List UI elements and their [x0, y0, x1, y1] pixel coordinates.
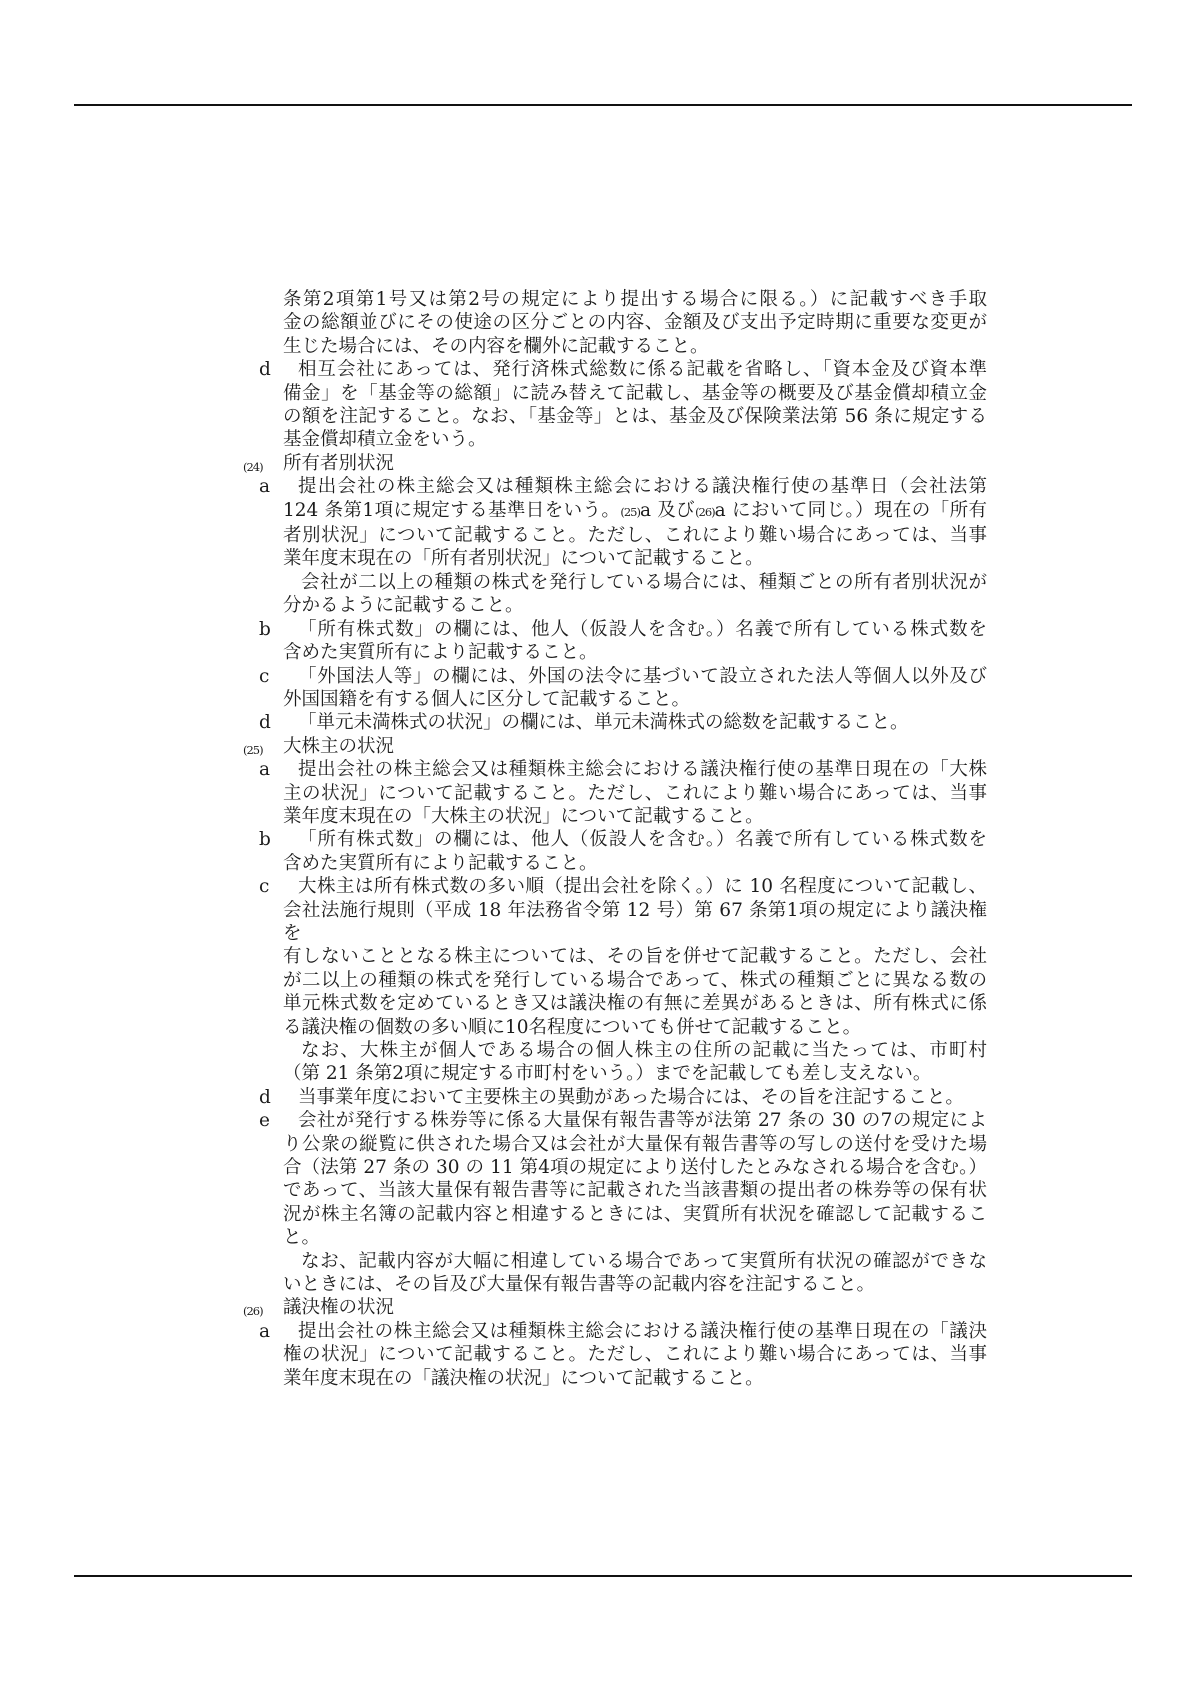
item-marker: c — [259, 875, 269, 898]
line-text: a 及び — [640, 500, 695, 521]
text-line: 会社が二以上の種類の株式を発行している場合には、種類ごとの所有者別状況が — [243, 571, 987, 594]
item-marker: e — [259, 1109, 270, 1132]
line-text: 124 条第1項に規定する基準日をいう。 — [283, 500, 620, 521]
line-text: いときには、その旨及び大量保有報告書等の記載内容を注記すること。 — [283, 1274, 875, 1295]
line-text: 「外国法人等」の欄には、外国の法令に基づいて設立された法人等個人以外及び — [298, 666, 987, 687]
line-text: る議決権の個数の多い順に10名程度についても併せて記載すること。 — [283, 1017, 861, 1038]
text-line: と。 — [243, 1226, 987, 1249]
text-line: 含めた実質所有により記載すること。 — [243, 641, 987, 664]
line-text: 会社が二以上の種類の株式を発行している場合には、種類ごとの所有者別状況が — [301, 572, 987, 593]
line-text: 況が株主名簿の記載内容と相違するときには、実質所有状況を確認して記載するこ — [283, 1204, 987, 1225]
line-text: 者別状況」について記載すること。ただし、これにより難い場合にあっては、当事 — [283, 525, 987, 546]
line-text: 業年度末現在の「所有者別状況」について記載すること。 — [283, 548, 764, 569]
text-line: が二以上の種類の株式を発行している場合であって、株式の種類ごとに異なる数の — [243, 969, 987, 992]
line-text: 主の状況」について記載すること。ただし、これにより難い場合にあっては、当事 — [283, 783, 987, 804]
line-text: が二以上の種類の株式を発行している場合であって、株式の種類ごとに異なる数の — [283, 970, 987, 991]
line-text: 金の総額並びにその使途の区分ごとの内容、金額及び支出予定時期に重要な変更が — [283, 312, 987, 333]
text-line: c「外国法人等」の欄には、外国の法令に基づいて設立された法人等個人以外及び — [243, 665, 987, 688]
line-text: a において同じ。）現在の「所有 — [715, 500, 987, 521]
text-line: d当事業年度において主要株主の異動があった場合には、その旨を注記すること。 — [243, 1086, 987, 1109]
line-text: 分かるように記載すること。 — [283, 595, 524, 616]
item-marker: a — [259, 475, 270, 498]
line-text: 「所有株式数」の欄には、他人（仮設人を含む。）名義で所有している株式数を — [298, 619, 987, 640]
line-text: 生じた場合には、その内容を欄外に記載すること。 — [283, 336, 709, 357]
item-marker: b — [259, 618, 271, 641]
section-title: 大株主の状況 — [283, 736, 394, 757]
text-line: 合（法第 27 条の 30 の 11 第4項の規定により送付したとみなされる場合… — [243, 1156, 987, 1179]
line-text: 合（法第 27 条の 30 の 11 第4項の規定により送付したとみなされる場合… — [283, 1157, 987, 1178]
line-text: 含めた実質所有により記載すること。 — [283, 853, 598, 874]
text-line: 外国国籍を有する個人に区分して記載すること。 — [243, 688, 987, 711]
line-text: 提出会社の株主総会又は種類株主総会における議決権行使の基準日現在の「議決 — [298, 1321, 987, 1342]
text-line: いときには、その旨及び大量保有報告書等の記載内容を注記すること。 — [243, 1273, 987, 1296]
bottom-rule — [74, 1575, 1132, 1577]
text-line: 124 条第1項に規定する基準日をいう。(25)a 及び(26)a において同じ… — [243, 499, 987, 524]
text-line: a提出会社の株主総会又は種類株主総会における議決権行使の基準日現在の「議決 — [243, 1320, 987, 1343]
item-marker: d — [259, 1086, 271, 1109]
text-line: a提出会社の株主総会又は種類株主総会における議決権行使の基準日（会社法第 — [243, 475, 987, 498]
text-line: 業年度末現在の「議決権の状況」について記載すること。 — [243, 1367, 987, 1390]
text-line: の額を注記すること。なお、「基金等」とは、基金及び保険業法第 56 条に規定する — [243, 405, 987, 428]
line-text: 会社が発行する株券等に係る大量保有報告書等が法第 27 条の 30 の7の規定に… — [298, 1110, 987, 1131]
item-marker: d — [259, 711, 271, 734]
text-line: 業年度末現在の「大株主の状況」について記載すること。 — [243, 805, 987, 828]
text-line: 有しないこととなる株主については、その旨を併せて記載すること。ただし、会社 — [243, 945, 987, 968]
top-rule — [74, 104, 1132, 106]
line-text: であって、当該大量保有報告書等に記載された当該書類の提出者の株券等の保有状 — [283, 1180, 987, 1201]
line-text: 外国国籍を有する個人に区分して記載すること。 — [283, 689, 690, 710]
line-text: り公衆の縦覧に供された場合又は会社が大量保有報告書等の写しの送付を受けた場 — [283, 1134, 987, 1155]
text-line: b「所有株式数」の欄には、他人（仮設人を含む。）名義で所有している株式数を — [243, 828, 987, 851]
text-line: 会社法施行規則（平成 18 年法務省令第 12 号）第 67 条第1項の規定によ… — [243, 899, 987, 946]
line-text: 「所有株式数」の欄には、他人（仮設人を含む。）名義で所有している株式数を — [298, 829, 987, 850]
text-line: 含めた実質所有により記載すること。 — [243, 852, 987, 875]
section-title: 所有者別状況 — [283, 453, 394, 474]
text-line: 条第2項第1号又は第2号の規定により提出する場合に限る。）に記載すべき手取 — [243, 288, 987, 311]
text-line: 備金」を「基金等の総額」に読み替えて記載し、基金等の概要及び基金償却積立金 — [243, 382, 987, 405]
line-text: の額を注記すること。なお、「基金等」とは、基金及び保険業法第 56 条に規定する — [283, 406, 987, 427]
text-line: 権の状況」について記載すること。ただし、これにより難い場合にあっては、当事 — [243, 1343, 987, 1366]
text-line: e会社が発行する株券等に係る大量保有報告書等が法第 27 条の 30 の7の規定… — [243, 1109, 987, 1132]
text-line: 基金償却積立金をいう。 — [243, 428, 987, 451]
text-line: d相互会社にあっては、発行済株式総数に係る記載を省略し、「資本金及び資本準 — [243, 358, 987, 381]
item-marker: d — [259, 358, 271, 381]
item-marker: b — [259, 828, 271, 851]
text-line: 者別状況」について記載すること。ただし、これにより難い場合にあっては、当事 — [243, 524, 987, 547]
document-body: 条第2項第1号又は第2号の規定により提出する場合に限る。）に記載すべき手取 金の… — [243, 288, 987, 1390]
line-text: 業年度末現在の「大株主の状況」について記載すること。 — [283, 806, 764, 827]
line-text: （第 21 条第2項に規定する市町村をいう。）までを記載しても差し支えない。 — [283, 1063, 931, 1084]
line-text: 基金償却積立金をいう。 — [283, 429, 487, 450]
text-line: b「所有株式数」の欄には、他人（仮設人を含む。）名義で所有している株式数を — [243, 618, 987, 641]
text-line: 業年度末現在の「所有者別状況」について記載すること。 — [243, 547, 987, 570]
line-text: 条第2項第1号又は第2号の規定により提出する場合に限る。）に記載すべき手取 — [283, 289, 987, 310]
line-text: 業年度末現在の「議決権の状況」について記載すること。 — [283, 1368, 764, 1389]
line-text: 単元株式数を定めているとき又は議決権の有無に差異があるときは、所有株式に係 — [283, 993, 987, 1014]
line-text: 提出会社の株主総会又は種類株主総会における議決権行使の基準日（会社法第 — [298, 476, 987, 497]
text-line: c大株主は所有株式数の多い順（提出会社を除く。）に 10 名程度について記載し、 — [243, 875, 987, 898]
text-line: d「単元未満株式の状況」の欄には、単元未満株式の総数を記載すること。 — [243, 711, 987, 734]
text-line: であって、当該大量保有報告書等に記載された当該書類の提出者の株券等の保有状 — [243, 1179, 987, 1202]
text-line: 主の状況」について記載すること。ただし、これにより難い場合にあっては、当事 — [243, 782, 987, 805]
line-text: なお、記載内容が大幅に相違している場合であって実質所有状況の確認ができな — [301, 1251, 987, 1272]
line-text: 相互会社にあっては、発行済株式総数に係る記載を省略し、「資本金及び資本準 — [298, 359, 987, 380]
section-heading-line: (26)議決権の状況 — [243, 1296, 987, 1319]
text-line: なお、記載内容が大幅に相違している場合であって実質所有状況の確認ができな — [243, 1250, 987, 1273]
inline-section-ref: (25) — [620, 505, 640, 519]
section-heading-line: (24)所有者別状況 — [243, 452, 987, 475]
line-text: 権の状況」について記載すること。ただし、これにより難い場合にあっては、当事 — [283, 1344, 987, 1365]
text-line: る議決権の個数の多い順に10名程度についても併せて記載すること。 — [243, 1016, 987, 1039]
line-text: 含めた実質所有により記載すること。 — [283, 642, 598, 663]
item-marker: a — [259, 758, 270, 781]
section-heading-line: (25)大株主の状況 — [243, 735, 987, 758]
text-line: り公衆の縦覧に供された場合又は会社が大量保有報告書等の写しの送付を受けた場 — [243, 1133, 987, 1156]
text-line: 況が株主名簿の記載内容と相違するときには、実質所有状況を確認して記載するこ — [243, 1203, 987, 1226]
text-line: なお、大株主が個人である場合の個人株主の住所の記載に当たっては、市町村 — [243, 1039, 987, 1062]
line-text: 会社法施行規則（平成 18 年法務省令第 12 号）第 67 条第1項の規定によ… — [283, 900, 987, 944]
line-text: 「単元未満株式の状況」の欄には、単元未満株式の総数を記載すること。 — [298, 712, 909, 733]
inline-section-ref: (26) — [695, 505, 715, 519]
text-line: 金の総額並びにその使途の区分ごとの内容、金額及び支出予定時期に重要な変更が — [243, 311, 987, 334]
section-title: 議決権の状況 — [283, 1297, 394, 1318]
item-marker: c — [259, 665, 269, 688]
line-text: 提出会社の株主総会又は種類株主総会における議決権行使の基準日現在の「大株 — [298, 759, 987, 780]
line-text: 有しないこととなる株主については、その旨を併せて記載すること。ただし、会社 — [283, 946, 987, 967]
item-marker: a — [259, 1320, 270, 1343]
line-text: 備金」を「基金等の総額」に読み替えて記載し、基金等の概要及び基金償却積立金 — [283, 383, 987, 404]
line-text: 大株主は所有株式数の多い順（提出会社を除く。）に 10 名程度について記載し、 — [298, 876, 987, 897]
line-text: なお、大株主が個人である場合の個人株主の住所の記載に当たっては、市町村 — [301, 1040, 987, 1061]
text-line: （第 21 条第2項に規定する市町村をいう。）までを記載しても差し支えない。 — [243, 1062, 987, 1085]
line-text: 当事業年度において主要株主の異動があった場合には、その旨を注記すること。 — [298, 1087, 964, 1108]
text-line: 単元株式数を定めているとき又は議決権の有無に差異があるときは、所有株式に係 — [243, 992, 987, 1015]
document-page: 条第2項第1号又は第2号の規定により提出する場合に限る。）に記載すべき手取 金の… — [0, 0, 1192, 1685]
text-line: 生じた場合には、その内容を欄外に記載すること。 — [243, 335, 987, 358]
line-text: と。 — [283, 1227, 320, 1248]
text-line: 分かるように記載すること。 — [243, 594, 987, 617]
text-line: a提出会社の株主総会又は種類株主総会における議決権行使の基準日現在の「大株 — [243, 758, 987, 781]
